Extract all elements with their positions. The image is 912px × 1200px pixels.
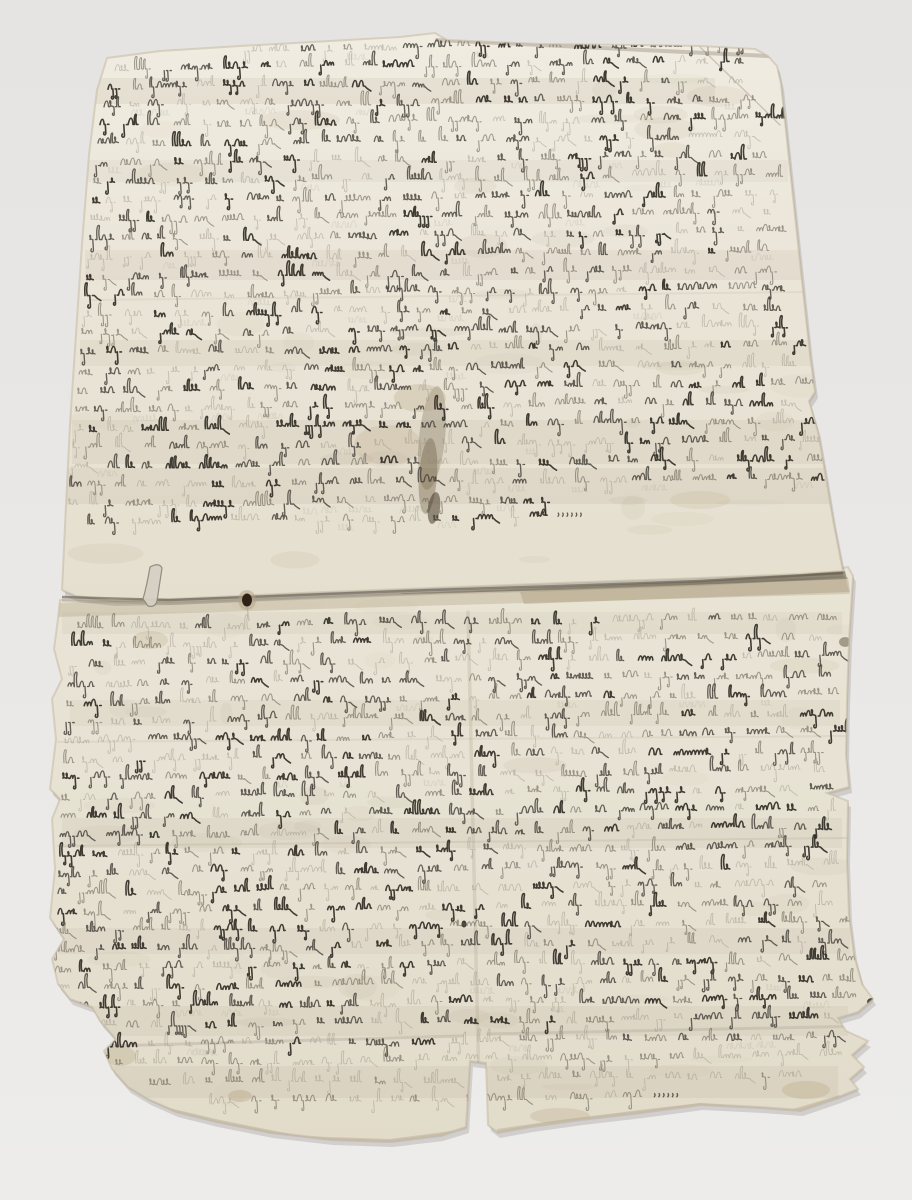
aging-blotch bbox=[68, 543, 144, 564]
crease-line bbox=[477, 1062, 478, 1132]
aging-blotch bbox=[270, 551, 319, 568]
aging-band bbox=[108, 1066, 838, 1098]
aging-blotch bbox=[770, 374, 838, 398]
aging-blotch bbox=[653, 142, 690, 157]
aging-blotch bbox=[364, 652, 396, 669]
aging-band bbox=[88, 160, 788, 182]
stain bbox=[782, 1081, 830, 1099]
aging-blotch bbox=[95, 661, 112, 675]
aging-blotch bbox=[770, 658, 840, 674]
aging-band bbox=[58, 928, 850, 954]
seam-hole bbox=[242, 594, 252, 607]
aging-blotch bbox=[627, 525, 672, 535]
aging-blotch bbox=[532, 230, 595, 248]
aging-blotch bbox=[602, 225, 648, 238]
aging-blotch bbox=[229, 954, 251, 974]
aging-blotch bbox=[661, 770, 708, 786]
aging-blotch bbox=[367, 796, 415, 808]
aging-band bbox=[62, 612, 842, 634]
aging-blotch bbox=[651, 512, 714, 526]
aging-band bbox=[70, 700, 840, 726]
stain bbox=[228, 1090, 252, 1102]
manuscript-photo bbox=[0, 0, 912, 1200]
aging-blotch bbox=[790, 858, 854, 876]
stain bbox=[670, 491, 730, 509]
aging-blotch bbox=[766, 894, 810, 914]
aging-band bbox=[95, 78, 715, 104]
aging-blotch bbox=[519, 556, 550, 563]
parchment-scene bbox=[0, 0, 912, 1200]
aging-blotch bbox=[573, 114, 644, 124]
